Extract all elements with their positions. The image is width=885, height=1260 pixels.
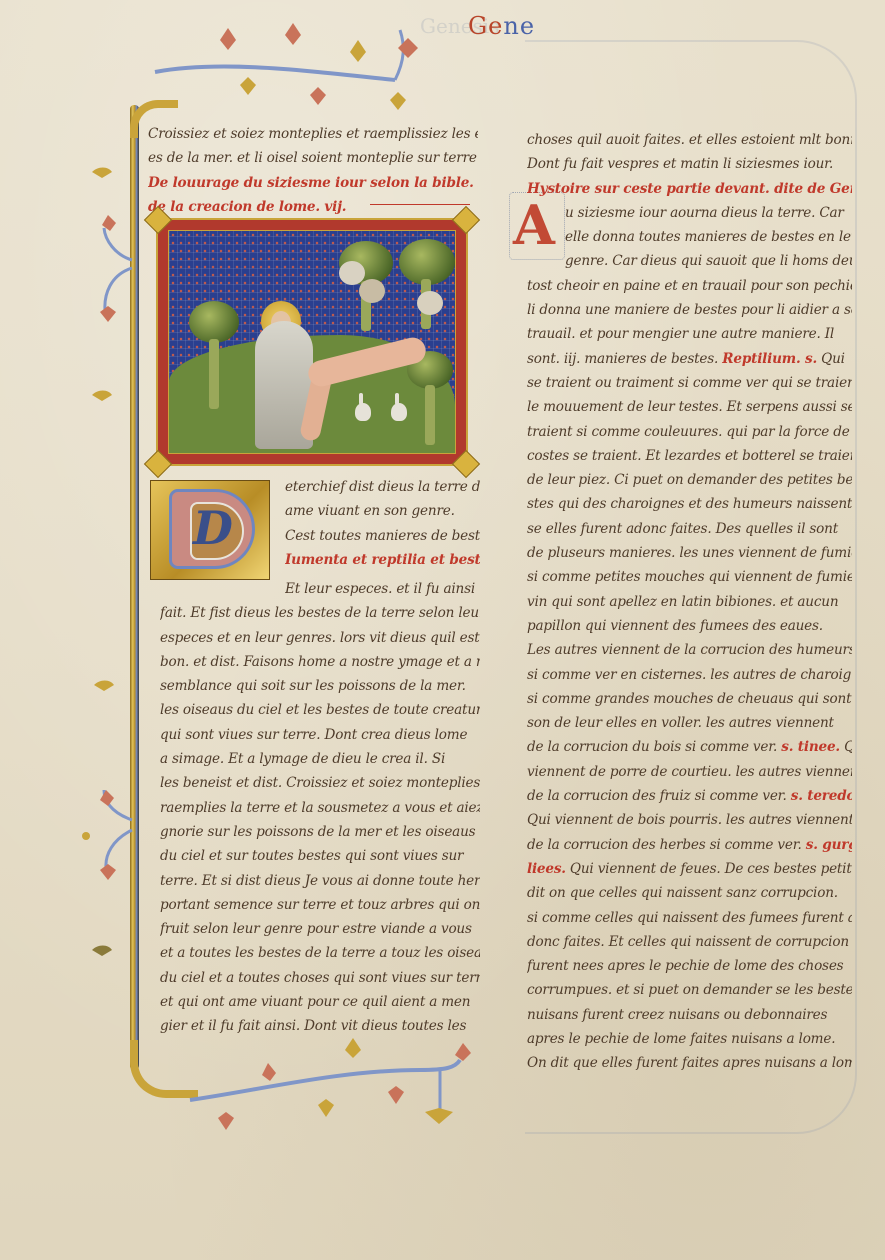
text-line: nuisans furent creez nuisans ou debonnai…: [527, 1003, 852, 1027]
text-line: papillon qui viennent des fumees des eau…: [527, 614, 852, 638]
text-line: le mouuement de leur testes. Et serpens …: [527, 395, 852, 419]
text-line: les oiseaus du ciel et les bestes de tou…: [160, 698, 480, 722]
text-line: de la corrucion des fruiz si comme ver. …: [527, 784, 852, 808]
lion: [359, 279, 385, 303]
rubric-line-filler: [370, 204, 470, 205]
running-head-blue: ne: [503, 12, 535, 40]
text-line: gier et il fu fait ainsi. Dont vit dieus…: [160, 1014, 480, 1038]
initial-letter: D: [193, 501, 233, 555]
text-line: corrumpues. et si puet on demander se le…: [527, 978, 852, 1002]
text-line: costes se traient. Et lezardes et botter…: [527, 444, 852, 468]
text-line: Les autres viennent de la corrucion des …: [527, 638, 852, 662]
left-column-beside-initial: eterchief dist dieus la terre donr ame v…: [285, 475, 480, 572]
text-line: si comme ver en cisternes. les autres de…: [527, 663, 852, 687]
historiated-initial-d: D: [150, 480, 270, 580]
text-line: furent nees apres le pechie de lome des …: [527, 954, 852, 978]
text-line: liees. Qui viennent de feues. De ces bes…: [527, 857, 852, 881]
text-line: si comme grandes mouches de cheuaus qui …: [527, 687, 852, 711]
text-line: du ciel et sur toutes bestes qui sont vi…: [160, 844, 480, 868]
rubric-word: liees.: [527, 861, 566, 877]
text-line: ame viuant en son genre.: [285, 499, 480, 523]
text-line: terre. Et si dist dieus Je vous ai donne…: [160, 869, 480, 893]
text-line: tost cheoir en paine et en trauail pour …: [527, 274, 852, 298]
running-head: Gene: [468, 12, 535, 40]
running-head-red: Ge: [468, 12, 503, 40]
text-line: li donna une maniere de bestes pour li a…: [527, 298, 852, 322]
right-column-text: choses quil auoit faites. et elles estoi…: [527, 128, 852, 1076]
text-line: raemplies la terre et la sousmetez a vou…: [160, 796, 480, 820]
miniature-creation-of-adam: [156, 218, 468, 466]
text-line: se traient ou traiment si comme ver qui …: [527, 371, 852, 395]
text-line: son de leur elles en voller. les autres …: [527, 711, 852, 735]
text-line: et a toutes les bestes de la terre a tou…: [160, 941, 480, 965]
text-line: elle donna toutes manieres de bestes en …: [527, 225, 852, 249]
text-line: qui sont viues sur terre. Dont crea dieu…: [160, 723, 480, 747]
text-line: de leur piez. Ci puet on demander des pe…: [527, 468, 852, 492]
rubric-word: Reptilium. s.: [722, 351, 817, 367]
text-line: de la corrucion du bois si comme ver. s.…: [527, 735, 852, 759]
text-line: si comme petites mouches qui viennent de…: [527, 565, 852, 589]
text-line: de pluseurs manieres. les unes viennent …: [527, 541, 852, 565]
text-line: portant semence sur terre et touz arbres…: [160, 893, 480, 917]
rubric-word: s. gurgu: [806, 837, 852, 853]
text-line: gnorie sur les poissons de la mer et les…: [160, 820, 480, 844]
text-line: semblance qui soit sur les poissons de l…: [160, 674, 480, 698]
text-line: fruit selon leur genre pour estre viande…: [160, 917, 480, 941]
text-line: choses quil auoit faites. et elles estoi…: [527, 128, 852, 152]
text-line: es de la mer. et li oisel soient montepl…: [148, 146, 478, 170]
text-line: Qui viennent de bois pourris. les autres…: [527, 808, 852, 832]
rubric-word: s. tinee.: [781, 739, 840, 755]
text-line: bon. et dist. Faisons home a nostre ymag…: [160, 650, 480, 674]
ivy-leaf-icon: [220, 23, 418, 110]
rubric-line: De louurage du siziesme iour selon la bi…: [148, 171, 478, 195]
rubric-line: Iumenta et reptilia et bestias.: [285, 548, 480, 572]
text-line: vin qui sont apellez en latin bibiones. …: [527, 590, 852, 614]
rubric-line: de la creacion de lome. vij.: [148, 195, 478, 219]
left-column-text: Et leur especes. et il fu ainsi fait. Et…: [160, 577, 480, 1039]
text-line: apres le pechie de lome faites nuisans a…: [527, 1027, 852, 1051]
text-line: genre. Car dieus qui sauoit que li homs …: [527, 249, 852, 273]
text-line: stes qui des charoignes et des humeurs n…: [527, 492, 852, 516]
text-line: u siziesme iour aourna dieus la terre. C…: [527, 201, 852, 225]
text-line: les beneist et dist. Croissiez et soiez …: [160, 771, 480, 795]
text-line: On dit que elles furent faites apres nui…: [527, 1051, 852, 1075]
border-bar-bottom-curve: [130, 1040, 198, 1098]
text-line: traient si comme couleuures. qui par la …: [527, 420, 852, 444]
rubric-word: s. teredones.: [791, 788, 852, 804]
text-line: dit on que celles qui naissent sanz corr…: [527, 881, 852, 905]
rabbit: [391, 403, 407, 421]
rabbit: [355, 403, 371, 421]
text-line: Croissiez et soiez monteplies et raempli…: [148, 122, 478, 146]
text-line: especes et en leur genres. lors vit dieu…: [160, 626, 480, 650]
text-line: trauail. et pour mengier une autre manie…: [527, 322, 852, 346]
text-line: du ciel et a toutes choses qui sont viue…: [160, 966, 480, 990]
corner-quatrefoil: [452, 450, 480, 478]
miniature-diapered-ground: [168, 230, 456, 454]
corner-quatrefoil: [144, 450, 172, 478]
text-line: Et leur especes. et il fu ainsi: [285, 577, 480, 601]
text-line: a simage. Et a lymage de dieu le crea il…: [160, 747, 480, 771]
text-line: si comme celles qui naissent des fumees …: [527, 906, 852, 930]
horse-head: [339, 261, 365, 285]
text-line: et qui ont ame viuant pour ce quil aient…: [160, 990, 480, 1014]
rubric-line: Hystoire sur ceste partie devant. dite d…: [527, 177, 852, 201]
text-line: sont. iij. manieres de bestes. Reptilium…: [527, 347, 852, 371]
lion: [417, 291, 443, 315]
text-line: donc faites. Et celles qui naissent de c…: [527, 930, 852, 954]
text-line: se elles furent adonc faites. Des quelle…: [527, 517, 852, 541]
text-line: Dont fu fait vespres et matin li siziesm…: [527, 152, 852, 176]
text-line: fait. Et fist dieus les bestes de la ter…: [160, 601, 480, 625]
text-line: viennent de porre de courtieu. les autre…: [527, 760, 852, 784]
text-line: Cest toutes manieres de bestes: [285, 524, 480, 548]
text-line: eterchief dist dieus la terre donr: [285, 475, 480, 499]
border-bar: [130, 105, 139, 1070]
text-line: de la corrucion des herbes si comme ver.…: [527, 833, 852, 857]
manuscript-page: Genesis Gene: [0, 0, 885, 1260]
